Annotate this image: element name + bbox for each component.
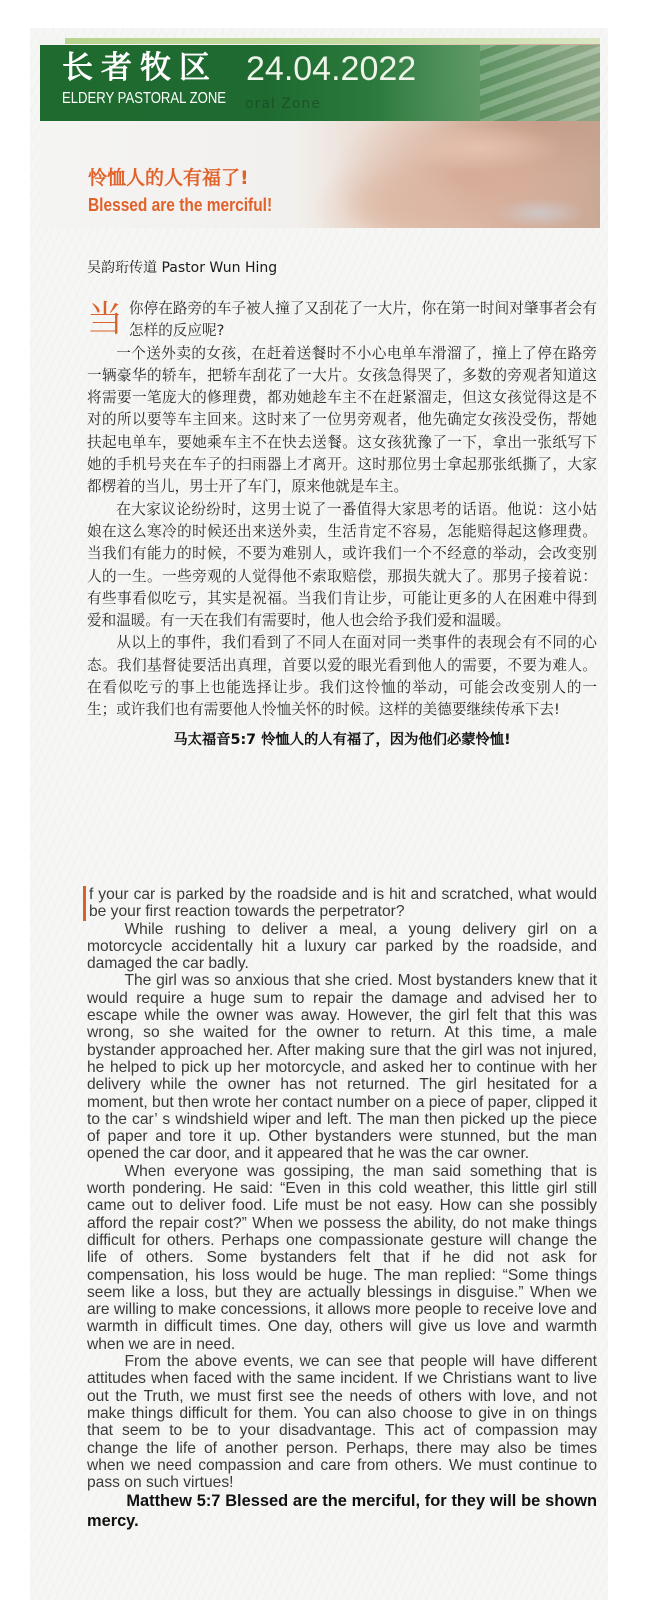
- en-paragraph-5: From the above events, we can see that p…: [87, 1353, 597, 1491]
- header-banner: oral Zone 长者牧区 24.04.2022 ELDERY PASTORA…: [40, 38, 600, 228]
- en-paragraph-text: f your car is parked by the roadside and…: [89, 886, 597, 920]
- headline-cn: 怜恤人的人有福了!: [88, 166, 249, 190]
- cn-paragraph-3: 在大家议论纷纷时，这男士说了一番值得大家思考的话语。他说：这小姑娘在这么寒冷的时…: [87, 499, 597, 633]
- dropcap-cn: 当: [87, 300, 123, 340]
- cn-paragraph-2: 一个送外卖的女孩，在赶着送餐时不小心电单车滑溜了，撞上了停在路旁一辆豪华的轿车，…: [87, 343, 597, 499]
- chinese-article: 当 你停在路旁的车子被人撞了又刮花了一大片，你在第一时间对肇事者会有怎样的反应呢…: [87, 298, 597, 751]
- banner-background-photo: [480, 45, 600, 121]
- cn-paragraph-4: 从以上的事件，我们看到了不同人在面对同一类事件的表现会有不同的心态。我们基督徒要…: [87, 632, 597, 721]
- en-paragraph-1: f your car is parked by the roadside and…: [83, 886, 597, 921]
- author-byline: 吴韵珩传道 Pastor Wun Hing: [87, 258, 277, 278]
- cn-scripture-verse: 马太福音5:7 怜恤人的人有福了，因为他们必蒙怜恤!: [87, 729, 597, 751]
- cn-paragraph-1: 当 你停在路旁的车子被人撞了又刮花了一大片，你在第一时间对肇事者会有怎样的反应呢…: [87, 298, 597, 343]
- banner-top-strip: [65, 38, 600, 44]
- headline-en: Blessed are the merciful!: [88, 194, 272, 216]
- zone-title-cn: 长者牧区: [62, 50, 218, 86]
- author-name-en: Pastor Wun Hing: [161, 260, 277, 276]
- en-scripture-verse: Matthew 5:7 Blessed are the merciful, fo…: [87, 1491, 597, 1531]
- bulletin-date: 24.04.2022: [246, 50, 416, 88]
- en-paragraph-3: The girl was so anxious that she cried. …: [87, 972, 597, 1162]
- bulletin-page: oral Zone 长者牧区 24.04.2022 ELDERY PASTORA…: [30, 28, 608, 1600]
- en-paragraph-2: While rushing to deliver a meal, a young…: [87, 921, 597, 973]
- zone-title-en: ELDERY PASTORAL ZONE: [62, 88, 226, 110]
- author-name-cn: 吴韵珩传道: [87, 260, 157, 276]
- holding-hands-image: [340, 128, 600, 228]
- en-paragraph-4: When everyone was gossiping, the man sai…: [87, 1163, 597, 1353]
- banner-ghost-text: oral Zone: [245, 95, 321, 113]
- cn-paragraph-text: 你停在路旁的车子被人撞了又刮花了一大片，你在第一时间对肇事者会有怎样的反应呢?: [129, 300, 597, 339]
- english-article: f your car is parked by the roadside and…: [87, 886, 597, 1531]
